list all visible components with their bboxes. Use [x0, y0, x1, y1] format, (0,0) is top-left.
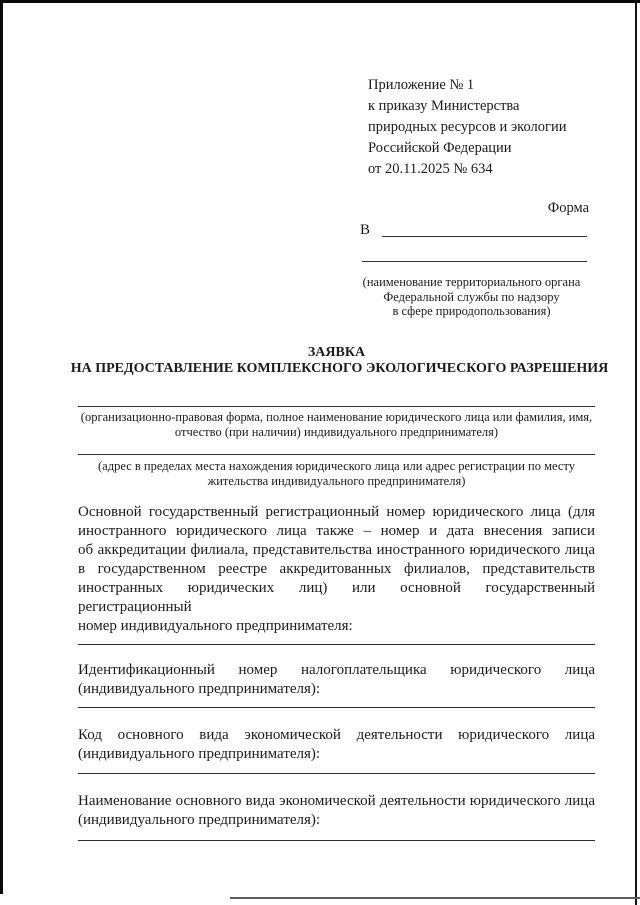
inn-heading-line: Идентификационный номер налогоплательщик… [78, 661, 595, 680]
appendix-ref-line: Российской Федерации [368, 138, 595, 159]
inn-fill-line [78, 707, 595, 708]
scanned-form-page: Приложение № 1 к приказу Министерства пр… [0, 0, 640, 905]
okved-name-heading-line: Наименование основного вида экономическо… [78, 792, 595, 811]
scan-edge-bottom [230, 897, 640, 899]
okved-code-fill-line [78, 773, 595, 774]
ogrn-paragraph-line: иностранного юридического лица также – н… [78, 522, 595, 541]
form-label: Форма [78, 200, 595, 217]
appendix-reference: Приложение № 1 к приказу Министерства пр… [368, 75, 595, 180]
addressee-fill-line-1 [382, 221, 587, 237]
address-field-caption: (адрес в пределах места нахождения юриди… [78, 459, 595, 489]
inn-heading-line: (индивидуального предпринимателя): [78, 680, 595, 699]
addressee-caption-line: в сфере природопользования) [348, 304, 595, 319]
addressee-caption: (наименование территориального органа Фе… [348, 275, 595, 319]
ogrn-paragraph-line: номер индивидуального предпринимателя: [78, 617, 595, 636]
ogrn-paragraph-line: об аккредитации филиала, представительст… [78, 541, 595, 560]
ogrn-paragraph: Основной государственный регистрационный… [78, 503, 595, 636]
appendix-ref-line: к приказу Министерства [368, 96, 595, 117]
address-fill-line [78, 454, 595, 455]
ogrn-paragraph-line: в государственном реестре аккредитованны… [78, 560, 595, 579]
page-content: Приложение № 1 к приказу Министерства пр… [78, 0, 595, 841]
appendix-ref-line: от 20.11.2025 № 634 [368, 159, 595, 180]
org-caption-line: (организационно-правовая форма, полное н… [78, 410, 595, 425]
title-line-2: НА ПРЕДОСТАВЛЕНИЕ КОМПЛЕКСНОГО ЭКОЛОГИЧЕ… [70, 361, 609, 378]
okved-code-heading: Код основного вида экономической деятель… [78, 726, 595, 764]
address-caption-line: жительства индивидуального предпринимате… [78, 474, 595, 489]
document-title: ЗАЯВКА НА ПРЕДОСТАВЛЕНИЕ КОМПЛЕКСНОГО ЭК… [78, 345, 595, 378]
ogrn-paragraph-line: Основной государственный регистрационный… [78, 503, 595, 522]
inn-heading: Идентификационный номер налогоплательщик… [78, 661, 595, 699]
ogrn-paragraph-line: иностранных юридических лиц) или основно… [78, 579, 595, 617]
scan-edge-right [635, 0, 637, 905]
addressee-prefix: В [360, 221, 370, 239]
okved-name-heading-line: (индивидуального предпринимателя): [78, 811, 595, 830]
okved-name-heading: Наименование основного вида экономическо… [78, 792, 595, 830]
ogrn-fill-line [78, 644, 595, 645]
addressee-fill-line-2 [362, 261, 587, 262]
addressee-row: В [360, 221, 595, 239]
title-line-1: ЗАЯВКА [78, 345, 595, 362]
addressee-caption-line: Федеральной службы по надзору [348, 290, 595, 305]
addressee-caption-line: (наименование территориального органа [348, 275, 595, 290]
appendix-ref-line: природных ресурсов и экологии [368, 117, 595, 138]
appendix-ref-line: Приложение № 1 [368, 75, 595, 96]
org-field-caption: (организационно-правовая форма, полное н… [78, 410, 595, 440]
scan-edge-left [0, 0, 3, 894]
org-caption-line: отчество (при наличии) индивидуального п… [78, 425, 595, 440]
okved-code-heading-line: Код основного вида экономической деятель… [78, 726, 595, 745]
okved-code-heading-line: (индивидуального предпринимателя): [78, 745, 595, 764]
org-fill-line [78, 406, 595, 407]
okved-name-fill-line [78, 840, 595, 841]
address-caption-line: (адрес в пределах места нахождения юриди… [78, 459, 595, 474]
